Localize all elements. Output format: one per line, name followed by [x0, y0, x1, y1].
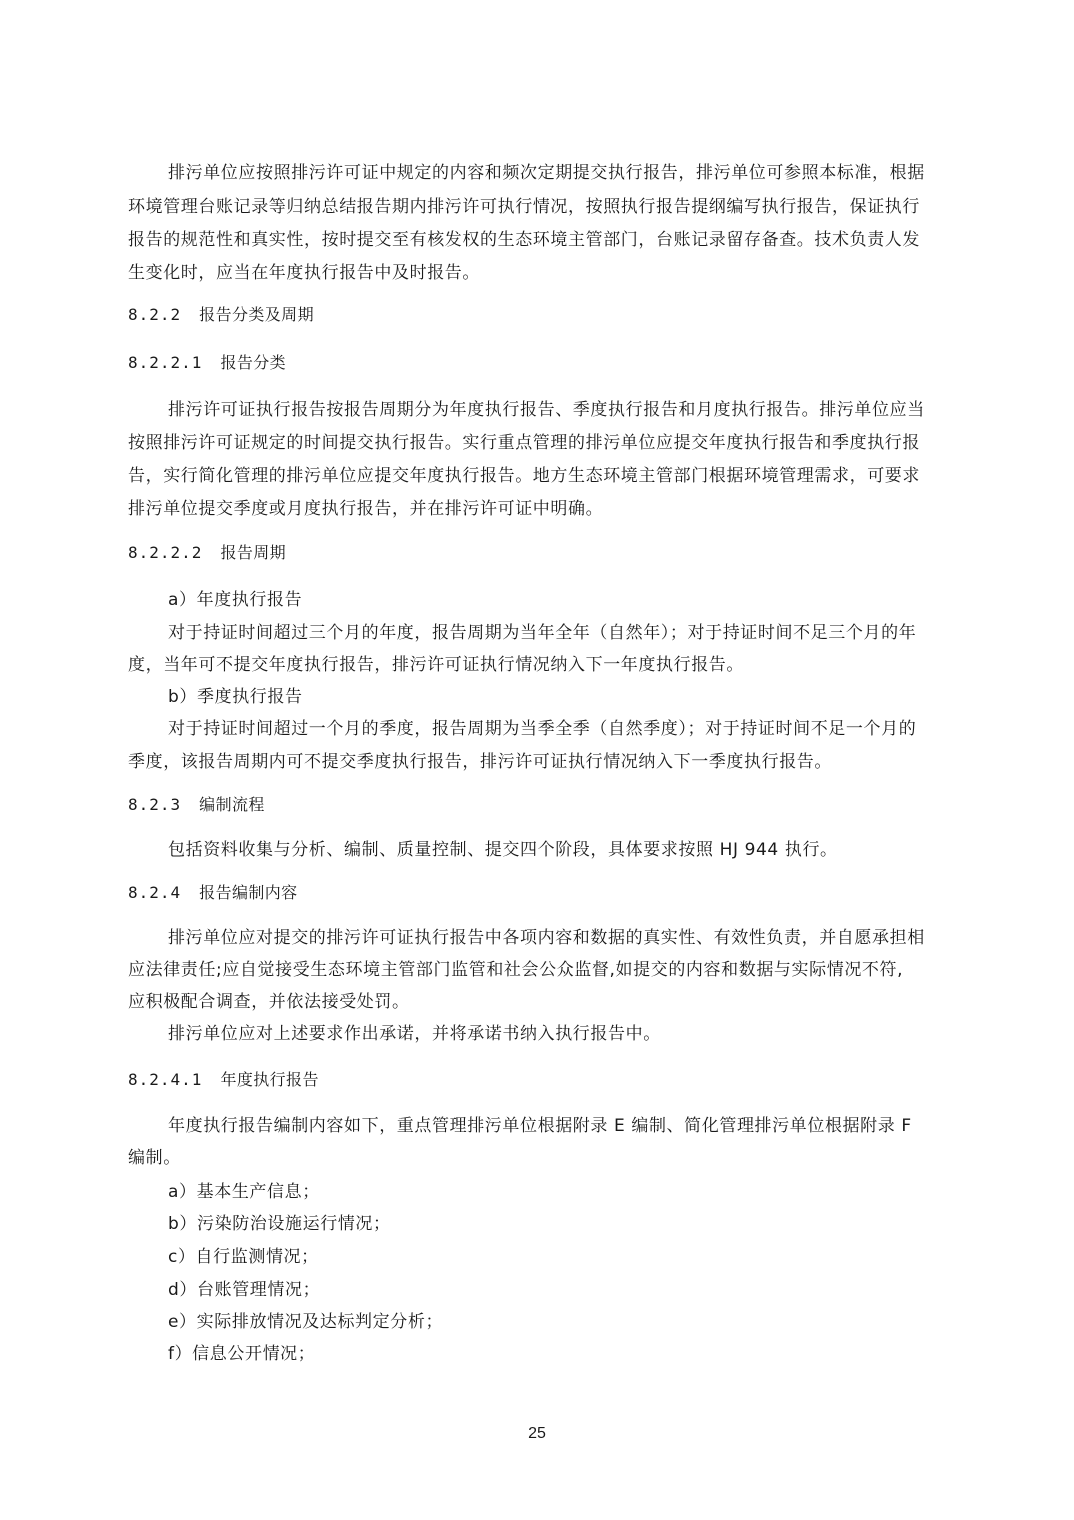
paragraph-line: 环境管理台账记录等归纳总结报告期内排污许可执行情况，按照执行报告提纲编写执行报告… [128, 197, 920, 217]
paragraph-line: 排污单位提交季度或月度执行报告，并在排污许可证中明确。 [128, 499, 603, 519]
paragraph-line: 报告的规范性和真实性，按时提交至有核发权的生态环境主管部门，台账记录留存备查。技… [128, 230, 920, 250]
section-heading: 8.2.4.1年度执行报告 [128, 1070, 319, 1090]
paragraph-line: 对于持证时间超过三个月的年度，报告周期为当年全年（自然年）；对于持证时间不足三个… [168, 623, 916, 643]
section-number: 8.2.2.1 [128, 353, 202, 373]
list-label: b）季度执行报告 [168, 687, 303, 707]
section-heading: 8.2.2.1报告分类 [128, 353, 286, 373]
section-number: 8.2.4 [128, 883, 181, 903]
section-heading: 8.2.2报告分类及周期 [128, 305, 314, 325]
list-item: d）台账管理情况； [168, 1280, 320, 1300]
list-item: b）污染防治设施运行情况； [168, 1214, 391, 1234]
paragraph-line: 生变化时，应当在年度执行报告中及时报告。 [128, 263, 480, 283]
section-title: 报告分类 [220, 353, 286, 372]
list-item: e）实际排放情况及达标判定分析； [168, 1312, 443, 1332]
paragraph-line: 对于持证时间超过一个月的季度，报告周期为当季全季（自然季度）；对于持证时间不足一… [168, 719, 916, 739]
paragraph-line: 按照排污许可证规定的时间提交执行报告。实行重点管理的排污单位应提交年度执行报告和… [128, 433, 920, 453]
section-title: 年度执行报告 [220, 1070, 318, 1089]
paragraph-line: 排污单位应按照排污许可证中规定的内容和频次定期提交执行报告，排污单位可参照本标准… [168, 163, 925, 183]
paragraph-line: 排污单位应对提交的排污许可证执行报告中各项内容和数据的真实性、有效性负责，并自愿… [168, 928, 925, 948]
list-item: a）基本生产信息； [168, 1182, 320, 1202]
section-heading: 8.2.2.2报告周期 [128, 543, 286, 563]
list-item: c）自行监测情况； [168, 1247, 319, 1267]
paragraph-line: 编制。 [128, 1148, 181, 1168]
paragraph-line: 排污单位应对上述要求作出承诺，并将承诺书纳入执行报告中。 [168, 1024, 661, 1044]
page-number: 25 [0, 1425, 1074, 1443]
paragraph-line: 包括资料收集与分析、编制、质量控制、提交四个阶段，具体要求按照 HJ 944 执… [168, 840, 838, 860]
paragraph-line: 季度，该报告周期内可不提交季度执行报告，排污许可证执行情况纳入下一季度执行报告。 [128, 752, 832, 772]
list-label: a）年度执行报告 [168, 590, 302, 610]
section-heading: 8.2.3编制流程 [128, 795, 265, 815]
section-title: 报告分类及周期 [199, 305, 314, 324]
section-title: 编制流程 [199, 795, 265, 814]
section-number: 8.2.3 [128, 795, 181, 815]
section-heading: 8.2.4报告编制内容 [128, 883, 298, 903]
list-item: f）信息公开情况； [168, 1344, 315, 1364]
paragraph-line: 应积极配合调查，并依法接受处罚。 [128, 992, 410, 1012]
section-number: 8.2.2 [128, 305, 181, 325]
section-title: 报告周期 [220, 543, 286, 562]
paragraph-line: 度，当年可不提交年度执行报告，排污许可证执行情况纳入下一年度执行报告。 [128, 655, 744, 675]
section-number: 8.2.2.2 [128, 543, 202, 563]
section-number: 8.2.4.1 [128, 1070, 202, 1090]
section-title: 报告编制内容 [199, 883, 297, 902]
paragraph-line: 年度执行报告编制内容如下，重点管理排污单位根据附录 E 编制、简化管理排污单位根… [168, 1116, 912, 1136]
paragraph-line: 应法律责任;应自觉接受生态环境主管部门监管和社会公众监督,如提交的内容和数据与实… [128, 960, 903, 980]
paragraph-line: 告，实行简化管理的排污单位应提交年度执行报告。地方生态环境主管部门根据环境管理需… [128, 466, 920, 486]
paragraph-line: 排污许可证执行报告按报告周期分为年度执行报告、季度执行报告和月度执行报告。排污单… [168, 400, 925, 420]
